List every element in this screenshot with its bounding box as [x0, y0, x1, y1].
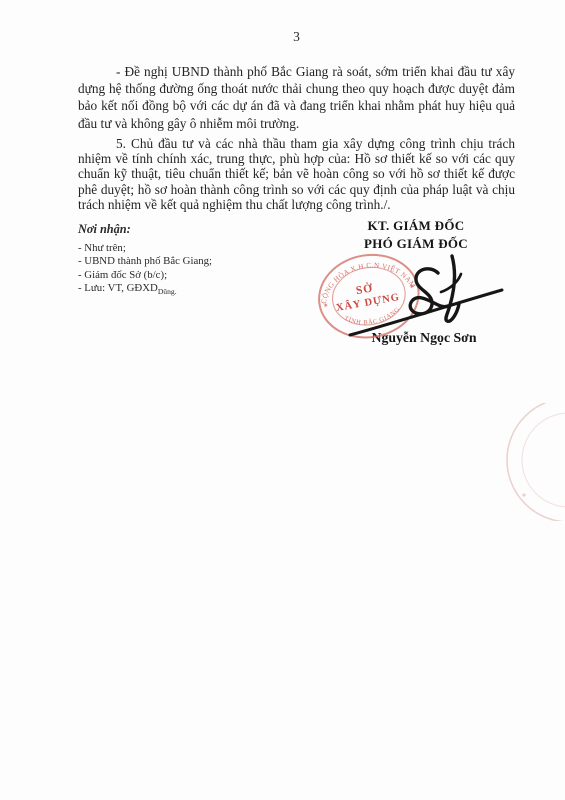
document-page: 3 - Đề nghị UBND thành phố Bắc Giang rà …: [0, 0, 565, 800]
recipients-heading: Nơi nhận:: [78, 223, 298, 237]
stamp-star-left-icon: ✶: [322, 301, 329, 310]
paragraph-proposal: - Đề nghị UBND thành phố Bắc Giang rà so…: [78, 63, 515, 132]
document-body: - Đề nghị UBND thành phố Bắc Giang rà so…: [78, 63, 515, 212]
page-number: 3: [78, 29, 515, 45]
recipient-item-archive: - Lưu: VT, GĐXDDũng.: [78, 282, 298, 299]
bleedthrough-star-dot: [522, 493, 525, 496]
recipients-block: Nơi nhận: - Như trên; - UBND thành phố B…: [78, 223, 298, 299]
paragraph-responsibility: 5. Chủ đầu tư và các nhà thầu tham gia x…: [78, 136, 515, 212]
signer-title-line1: KT. GIÁM ĐỐC: [330, 217, 502, 235]
recipient-item: - Giám đốc Sở (b/c);: [78, 269, 298, 283]
bleedthrough-stamp-mark: [493, 403, 565, 521]
archive-line-text: - Lưu: VT, GĐXD: [78, 282, 158, 294]
signature-cross-stroke: [441, 274, 461, 292]
recipient-item: - Như trên;: [78, 242, 298, 256]
archive-line-subscript: Dũng.: [158, 288, 177, 297]
recipient-item: - UBND thành phố Bắc Giang;: [78, 255, 298, 269]
handwritten-signature: [330, 243, 560, 343]
